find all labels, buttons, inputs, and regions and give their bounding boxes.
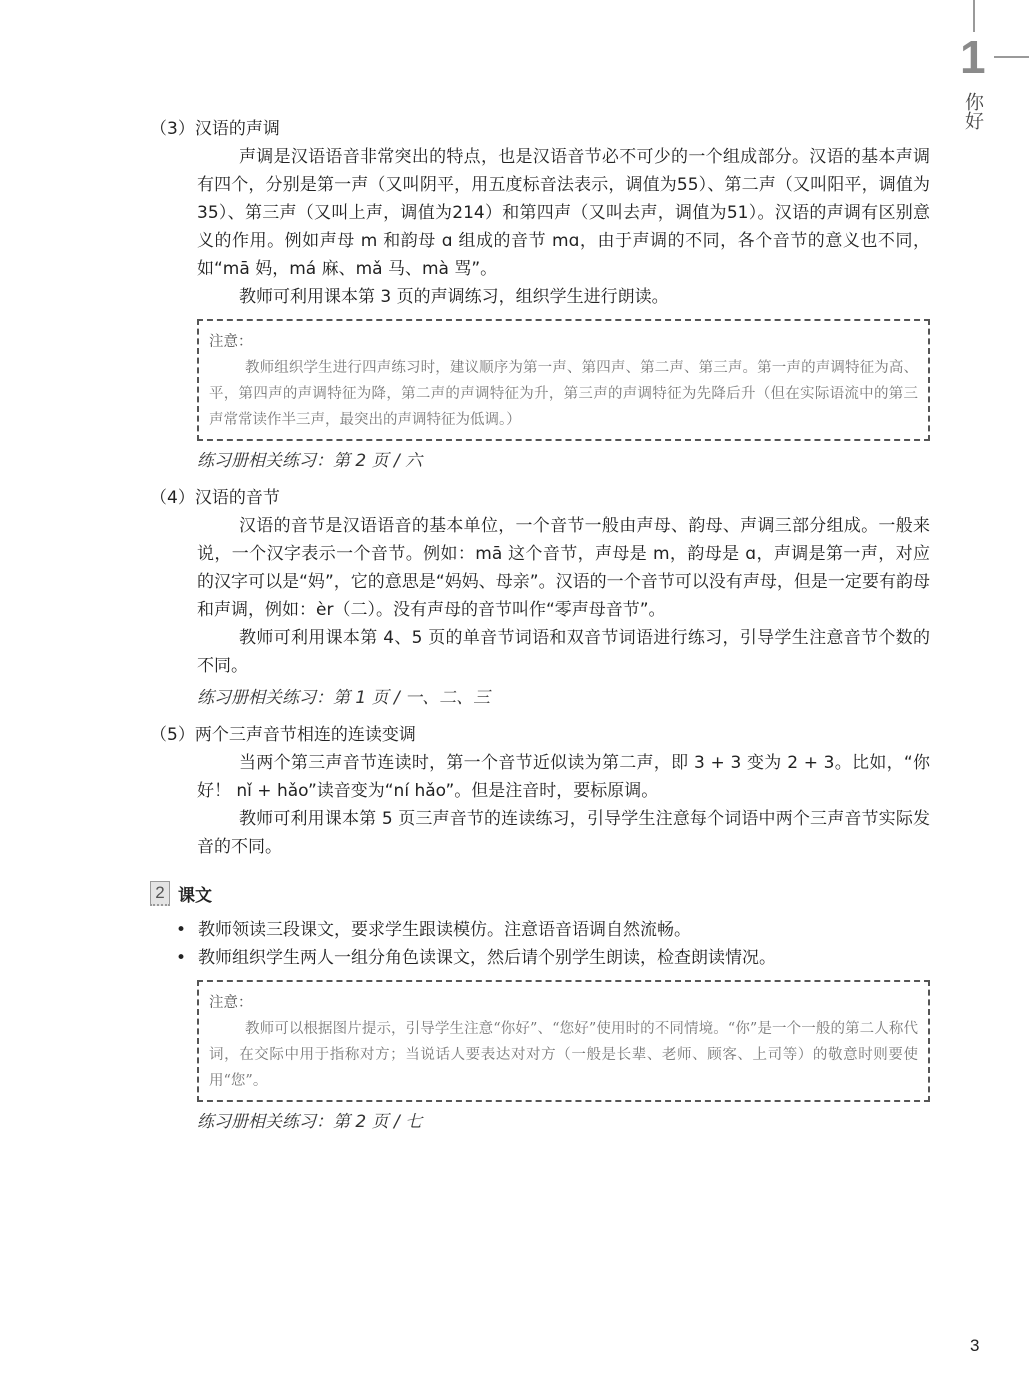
section-tones: （3）汉语的声调 声调是汉语语音非常突出的特点，也是汉语音节必不可少的一个组成部… <box>150 116 930 475</box>
list-item: •教师组织学生两人一组分角色读课文，然后请个别学生朗读，检查朗读情况。 <box>172 944 930 972</box>
note-box: 注意： 教师可以根据图片提示，引导学生注意“你好”、“您好”使用时的不同情境。“… <box>197 980 930 1102</box>
lesson-heading: 2 课文 <box>150 881 930 906</box>
section-syllables: （4）汉语的音节 汉语的音节是汉语语音的基本单位，一个音节一般由声母、韵母、声调… <box>150 485 930 712</box>
chapter-title: 你好 <box>962 92 984 130</box>
workbook-reference: 练习册相关练习：第 1 页 / 一、二、三 <box>197 684 930 712</box>
section-heading: （5）两个三声音节相连的连读变调 <box>150 722 930 749</box>
chapter-number: 1 <box>960 34 986 80</box>
note-text: 教师可以根据图片提示，引导学生注意“你好”、“您好”使用时的不同情境。“你”是一… <box>209 1016 918 1094</box>
section-heading: （4）汉语的音节 <box>150 485 930 512</box>
side-vertical-rule <box>973 0 975 32</box>
paragraph: 教师可利用课本第 5 页三声音节的连读练习，引导学生注意每个词语中两个三声音节实… <box>197 805 930 861</box>
side-horizontal-rule <box>994 56 1029 58</box>
note-box: 注意： 教师组织学生进行四声练习时，建议顺序为第一声、第四声、第二声、第三声。第… <box>197 319 930 441</box>
section-number-badge: 2 <box>150 881 170 906</box>
paragraph: 当两个第三声音节连读时，第一个音节近似读为第二声，即 3 + 3 变为 2 + … <box>197 749 930 805</box>
bullet-list: •教师领读三段课文，要求学生跟读模仿。注意语音语调自然流畅。 •教师组织学生两人… <box>172 916 930 972</box>
section-tone-sandhi: （5）两个三声音节相连的连读变调 当两个第三声音节连读时，第一个音节近似读为第二… <box>150 722 930 861</box>
bullet-icon: • <box>176 916 186 944</box>
bullet-icon: • <box>176 944 186 972</box>
note-title: 注意： <box>209 329 918 355</box>
page-number: 3 <box>970 1336 979 1356</box>
note-title: 注意： <box>209 990 918 1016</box>
section-heading: （3）汉语的声调 <box>150 116 930 143</box>
paragraph: 教师可利用课本第 4、5 页的单音节词语和双音节词语进行练习，引导学生注意音节个… <box>197 624 930 680</box>
section-lesson-text: 2 课文 •教师领读三段课文，要求学生跟读模仿。注意语音语调自然流畅。 •教师组… <box>150 881 930 1136</box>
paragraph: 汉语的音节是汉语语音的基本单位，一个音节一般由声母、韵母、声调三部分组成。一般来… <box>197 512 930 624</box>
workbook-reference: 练习册相关练习：第 2 页 / 六 <box>197 447 930 475</box>
section-title: 课文 <box>178 881 212 906</box>
list-item: •教师领读三段课文，要求学生跟读模仿。注意语音语调自然流畅。 <box>172 916 930 944</box>
paragraph: 声调是汉语语音非常突出的特点，也是汉语音节必不可少的一个组成部分。汉语的基本声调… <box>197 143 930 283</box>
paragraph: 教师可利用课本第 3 页的声调练习，组织学生进行朗读。 <box>197 283 930 311</box>
page-content: （3）汉语的声调 声调是汉语语音非常突出的特点，也是汉语音节必不可少的一个组成部… <box>150 116 930 1146</box>
workbook-reference: 练习册相关练习：第 2 页 / 七 <box>197 1108 930 1136</box>
note-text: 教师组织学生进行四声练习时，建议顺序为第一声、第四声、第二声、第三声。第一声的声… <box>209 355 918 433</box>
